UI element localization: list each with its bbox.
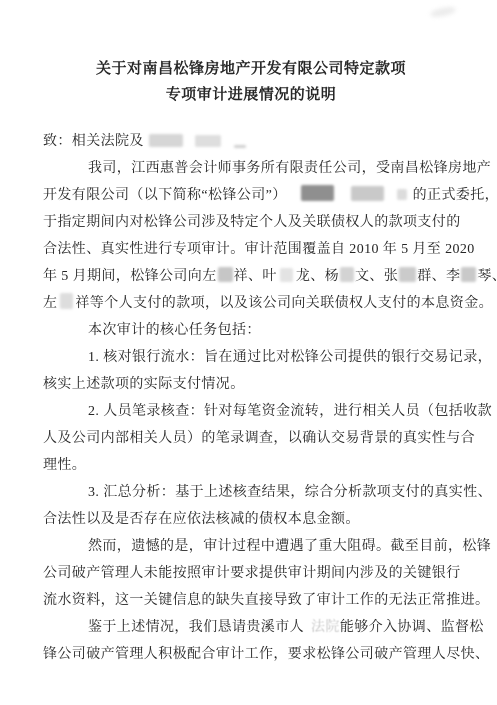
scan-smudge [429, 5, 456, 18]
redaction-blur [461, 267, 476, 282]
text-run: 龙、杨 [296, 269, 339, 284]
text-run: 理性。 [43, 458, 86, 473]
body-line: 于指定期间内对松锋公司涉及特定个人及关联债权人的款项支付的 [43, 209, 459, 236]
text-run: 鉴于上述情况，我们恳请贵溪市人 [88, 620, 304, 635]
text-run: 人及公司内部相关人员）的笔录调查，以确认交易背景的真实性与合 [43, 431, 475, 446]
text-run: 祥、叶 [234, 269, 277, 284]
document-title-line1: 关于对南昌松锋房地产开发有限公司特定款项 [43, 56, 459, 82]
body-line: 开发有限公司（以下简称“松锋公司”）的正式委托， [43, 182, 459, 209]
text-run: 公司破产管理人未能按照审计要求提供审计期间内涉及的关键银行 [43, 566, 461, 581]
text-run: 3. 汇总分析：基于上述核查结果，综合分析款项支付的真实性、 [88, 485, 492, 500]
text-run: 的正式委托， [413, 188, 497, 203]
salutation-line: 致：相关法院及 [43, 128, 459, 155]
body-line: 流水资料，这一关键信息的缺失直接导致了审计工作的无法正常推进。 [43, 587, 459, 614]
body-line: 合法性以及是否存在应依法核减的债权本息金额。 [43, 506, 459, 533]
body-line: 公司破产管理人未能按照审计要求提供审计期间内涉及的关键银行 [43, 560, 459, 587]
text-run: 2. 人员笔录核查：针对每笔资金流转，进行相关人员（包括收款 [88, 404, 492, 419]
body-line: 1. 核对银行流水：旨在通过比对松锋公司提供的银行交易记录， [43, 344, 459, 371]
text-run: 致：相关法院及 [43, 134, 144, 149]
redaction-blur [351, 186, 384, 201]
body-line: 年 5 月期间，松锋公司向左祥、叶龙、杨文、张群、李琴、 [43, 263, 459, 290]
text-run: 流水资料，这一关键信息的缺失直接导致了审计工作的无法正常推进。 [43, 593, 489, 608]
text-run: 年 5 月期间，松锋公司向左 [43, 269, 217, 284]
body-line: 2. 人员笔录核查：针对每笔资金流转，进行相关人员（包括收款 [43, 398, 459, 425]
document-title-line2: 专项审计进展情况的说明 [43, 82, 459, 108]
text-run: 琴、 [477, 269, 497, 284]
document-body: 我司，江西惠普会计师事务所有限责任公司，受南昌松锋房地产开发有限公司（以下简称“… [43, 155, 459, 668]
text-run: 锋公司破产管理人积极配合审计工作，要求松锋公司破产管理人尽快、 [43, 647, 489, 662]
text-run: 左 [43, 296, 57, 311]
erased-gap [304, 630, 311, 631]
body-line: 人及公司内部相关人员）的笔录调查，以确认交易背景的真实性与合 [43, 425, 459, 452]
body-line: 3. 汇总分析：基于上述核查结果，综合分析款项支付的真实性、 [43, 479, 459, 506]
body-line: 鉴于上述情况，我们恳请贵溪市人法院能够介入协调、监督松 [43, 614, 459, 641]
redaction-blur [280, 268, 293, 282]
redaction-blur [234, 145, 246, 148]
redaction-blur [218, 267, 233, 282]
redaction-blur [60, 293, 73, 309]
body-line: 左祥等个人支付的款项，以及该公司向关联债权人支付的本息资金。 [43, 290, 459, 317]
redaction-blur [301, 185, 334, 201]
text-run: 群、李 [417, 269, 460, 284]
redaction-blur [195, 135, 221, 147]
body-line: 核实上述款项的实际支付情况。 [43, 371, 459, 398]
text-run: 开发有限公司（以下简称“松锋公司”） [43, 188, 287, 203]
redaction-blur [397, 189, 407, 200]
redaction-blur [399, 267, 416, 282]
text-run: 合法性以及是否存在应依法核减的债权本息金额。 [43, 512, 360, 527]
text-run: 然而，遗憾的是，审计过程中遭遇了重大阻碍。截至目前，松锋 [88, 539, 491, 554]
document-page: 关于对南昌松锋房地产开发有限公司特定款项 专项审计进展情况的说明 致：相关法院及… [0, 0, 497, 705]
text-run: 本次审计的核心任务包括： [88, 323, 261, 338]
body-line: 本次审计的核心任务包括： [43, 317, 459, 344]
body-line: 合法性、真实性进行专项审计。审计范围覆盖自 2010 年 5 月至 2020 [43, 236, 459, 263]
text-run: 文、张 [355, 269, 398, 284]
body-line: 理性。 [43, 452, 459, 479]
text-run: 我司，江西惠普会计师事务所有限责任公司，受南昌松锋房地产 [88, 161, 491, 176]
redaction-blur [340, 267, 354, 282]
text-run: 1. 核对银行流水：旨在通过比对松锋公司提供的银行交易记录， [88, 350, 492, 365]
redaction-blur [149, 134, 183, 147]
text-run: 能够介入协调、监督松 [340, 620, 484, 635]
faint-text: 法院 [311, 620, 340, 635]
body-line: 锋公司破产管理人积极配合审计工作，要求松锋公司破产管理人尽快、 [43, 641, 459, 668]
text-run: 核实上述款项的实际支付情况。 [43, 377, 245, 392]
text-run: 祥等个人支付的款项，以及该公司向关联债权人支付的本息资金。 [75, 296, 493, 311]
text-run: 合法性、真实性进行专项审计。审计范围覆盖自 2010 年 5 月至 2020 [43, 242, 475, 257]
body-line: 我司，江西惠普会计师事务所有限责任公司，受南昌松锋房地产 [43, 155, 459, 182]
body-line: 然而，遗憾的是，审计过程中遭遇了重大阻碍。截至目前，松锋 [43, 533, 459, 560]
text-run: 于指定期间内对松锋公司涉及特定个人及关联债权人的款项支付的 [43, 215, 461, 230]
